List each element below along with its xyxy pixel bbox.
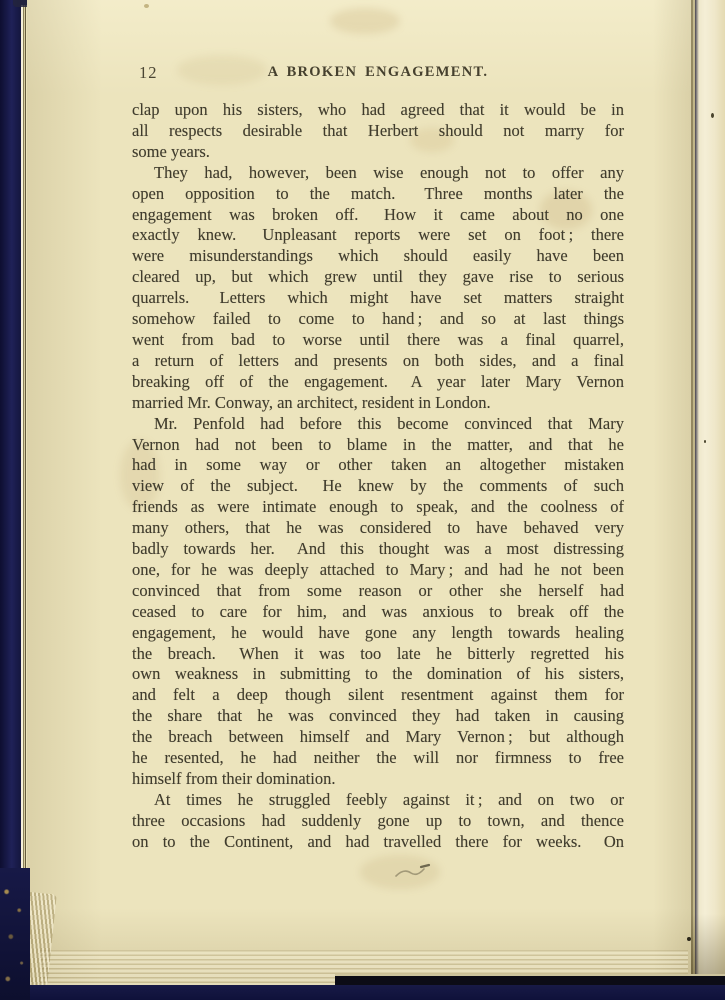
text-line: ceased to care for him, and was anxious … [132,602,624,623]
text-line: quarrels. Letters which might have set m… [132,288,624,309]
text-line: They had, however, been wise enough not … [132,163,624,184]
text-line: a return of letters and presents on both… [132,351,624,372]
book-cover-edge [0,0,21,1000]
cover-bottom-edge [0,985,725,1000]
body-text: clap upon his sisters, who had agreed th… [132,100,624,853]
text-line: the breach. When it was too late he bitt… [132,644,624,665]
text-line: open opposition to the match. Three mont… [132,184,624,205]
text-line: one, for he was deeply attached to Mary … [132,560,624,581]
text-line: went from bad to worse until there was a… [132,330,624,351]
text-line: the share that he was convinced they had… [132,706,624,727]
ink-fleck [711,113,714,118]
pencil-mark [394,860,436,882]
running-title: A BROKEN ENGAGEMENT. [132,64,624,81]
text-line: many others, that he was considered to h… [132,518,624,539]
text-line: badly towards her. And this thought was … [132,539,624,560]
text-line: At times he struggled feebly against it … [132,790,624,811]
page-fore-edge [691,0,725,984]
text-line: Vernon had not been to blame in the matt… [132,435,624,456]
text-line: convinced that from some reason or other… [132,581,624,602]
text-line: exactly knew. Unpleasant reports were se… [132,225,624,246]
book-scan: 12 A BROKEN ENGAGEMENT. clap upon his si… [0,0,725,1000]
text-line: were misunderstandings which should easi… [132,246,624,267]
paper-stain [330,8,400,34]
text-line: own weakness in submitting to the domina… [132,664,624,685]
text-line: he resented, he had neither the will nor… [132,748,624,769]
text-line: friends as were intimate enough to speak… [132,497,624,518]
text-line: himself from their domination. [132,769,624,790]
text-line: married Mr. Conway, an architect, reside… [132,393,624,414]
text-line: engagement, he would have gone any lengt… [132,623,624,644]
marbled-cover-corner [0,868,30,1000]
text-line: three occasions had suddenly gone up to … [132,811,624,832]
text-line: Mr. Penfold had before this become convi… [132,414,624,435]
ink-fleck [144,4,149,8]
ink-fleck [704,440,706,443]
text-line: somehow failed to come to hand ; and so … [132,309,624,330]
text-line: cleared up, but which grew until they ga… [132,267,624,288]
ink-fleck [687,937,691,941]
text-line: clap upon his sisters, who had agreed th… [132,100,624,121]
text-line: all respects desirable that Herbert shou… [132,121,624,142]
page-header: 12 A BROKEN ENGAGEMENT. [132,63,624,83]
text-line: engagement was broken off. How it came a… [132,205,624,226]
text-line: view of the subject. He knew by the comm… [132,476,624,497]
text-line: and felt a deep though silent resentment… [132,685,624,706]
text-line: had in some way or other taken an altoge… [132,455,624,476]
text-line: some years. [132,142,624,163]
text-line: on to the Continent, and had travelled t… [132,832,624,853]
text-line: the breach between himself and Mary Vern… [132,727,624,748]
text-line: breaking off of the engagement. A year l… [132,372,624,393]
